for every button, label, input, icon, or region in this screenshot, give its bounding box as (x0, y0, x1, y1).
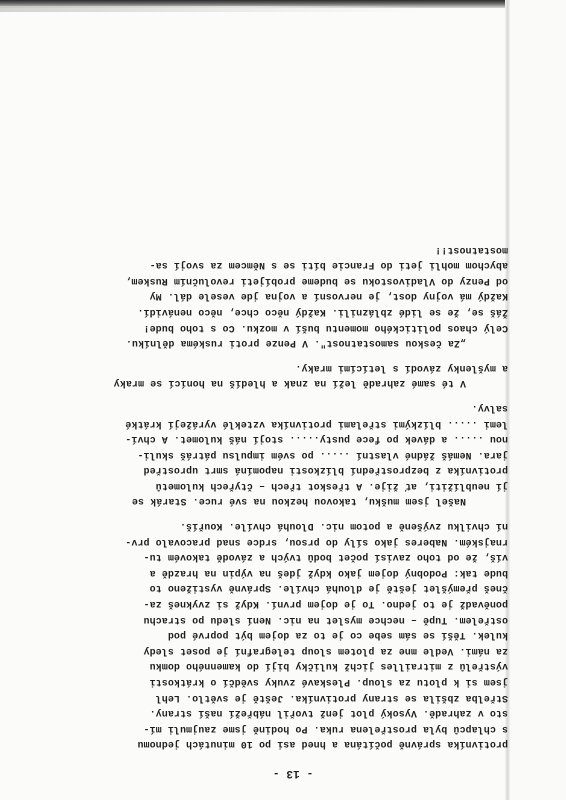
text-line: od Penzy do Vladivostoku se budeme probí… (48, 273, 508, 289)
text-line: Celý chaos politického momentu buší v mo… (48, 320, 508, 336)
text-line: bude tak: Podobný dojem jako když jdeš n… (48, 565, 508, 581)
text-line: jsem si k plotu za sloup. Pleskavé zvuky… (48, 674, 508, 690)
text-line: salvy. (48, 400, 508, 416)
paragraph-gap (48, 510, 508, 519)
text-line: jara. Nemáš žádné vlastní ..... po svém … (48, 447, 508, 463)
text-line: za námi. Vedle mne za plotem sloup teleg… (48, 643, 508, 659)
paragraph: protivníka správně počítána a hned asi p… (48, 519, 508, 753)
paragraph-gap (48, 391, 508, 400)
paragraph: „Za českou samostatnost". V Penze proti … (48, 242, 508, 351)
text-line: Našel jsem mušku, takovou hezkou na své … (48, 494, 508, 510)
paragraph: Našel jsem mušku, takovou hezkou na své … (48, 400, 508, 509)
text-line: protivníka správně počítána a hned asi p… (48, 737, 508, 753)
text-line: výstřelů z mitrailles jichž kuličky bijí… (48, 659, 508, 675)
text-line: abychom mohli jeti do Francie bíti se s … (48, 258, 508, 274)
text-line: V té samé zahradě leží na znak a hledíš … (48, 376, 508, 392)
text-line: lemi ..... blízkými střelami protivníka … (48, 416, 508, 432)
paragraphs: protivníka správně počítána a hned asi p… (48, 242, 508, 752)
text-line: sto v zahradě. Vysoký plot jenž tvořil n… (48, 706, 508, 722)
text-line: Žáš se, že se lidé zbláznili. Každý něco… (48, 304, 508, 320)
paragraph: V té samé zahradě leží na znak a hledíš … (48, 360, 508, 391)
text-line: víš, že od toho zavisí počet bodů tvých … (48, 550, 508, 566)
page-number: - 13 - (48, 764, 508, 780)
text-line: ostřelem. Tupě – nechce myslet na nic. N… (48, 612, 508, 628)
text-line: mostatnost!! (48, 242, 508, 258)
text-line: Střelba zbšila se strany protivníka. Ješ… (48, 690, 508, 706)
text-line: „Za českou samostatnost". V Penze proti … (48, 336, 508, 352)
text-line: rnajském. Naberes jako síly do prsou, sr… (48, 534, 508, 550)
text-line: s chlapců byla prostřelena ruka. Po hodi… (48, 721, 508, 737)
paragraph-gap (48, 351, 508, 360)
rotated-typewritten-page: - 13 - protivníka správně počítána a hne… (0, 0, 566, 800)
text-line: protivníka z bezprostřední blízkosti nap… (48, 463, 508, 479)
text-line: čneš přemýšlet ještě je dlouhá chvíle. S… (48, 581, 508, 597)
text-line: jí neublížiti, ať žije. A třeskot třech … (48, 478, 508, 494)
text-line: a myšlenky závodí s letícími mraky. (48, 360, 508, 376)
scanned-page: - 13 - protivníka správně počítána a hne… (0, 0, 566, 800)
text-line: kulek. Těší se sám sebe co je to za doje… (48, 628, 508, 644)
text-line: ní chvilku zvýšeně a potom nic. Dlouhá c… (48, 519, 508, 535)
text-line: poněvadž je to jedno. To je dojem první.… (48, 596, 508, 612)
text-line: nou ..... a dávek po fece pusty..... sto… (48, 432, 508, 448)
page-content: - 13 - protivníka správně počítána a hne… (48, 242, 508, 780)
text-line: Každý má vojny dost, je nervosní a vojna… (48, 289, 508, 305)
